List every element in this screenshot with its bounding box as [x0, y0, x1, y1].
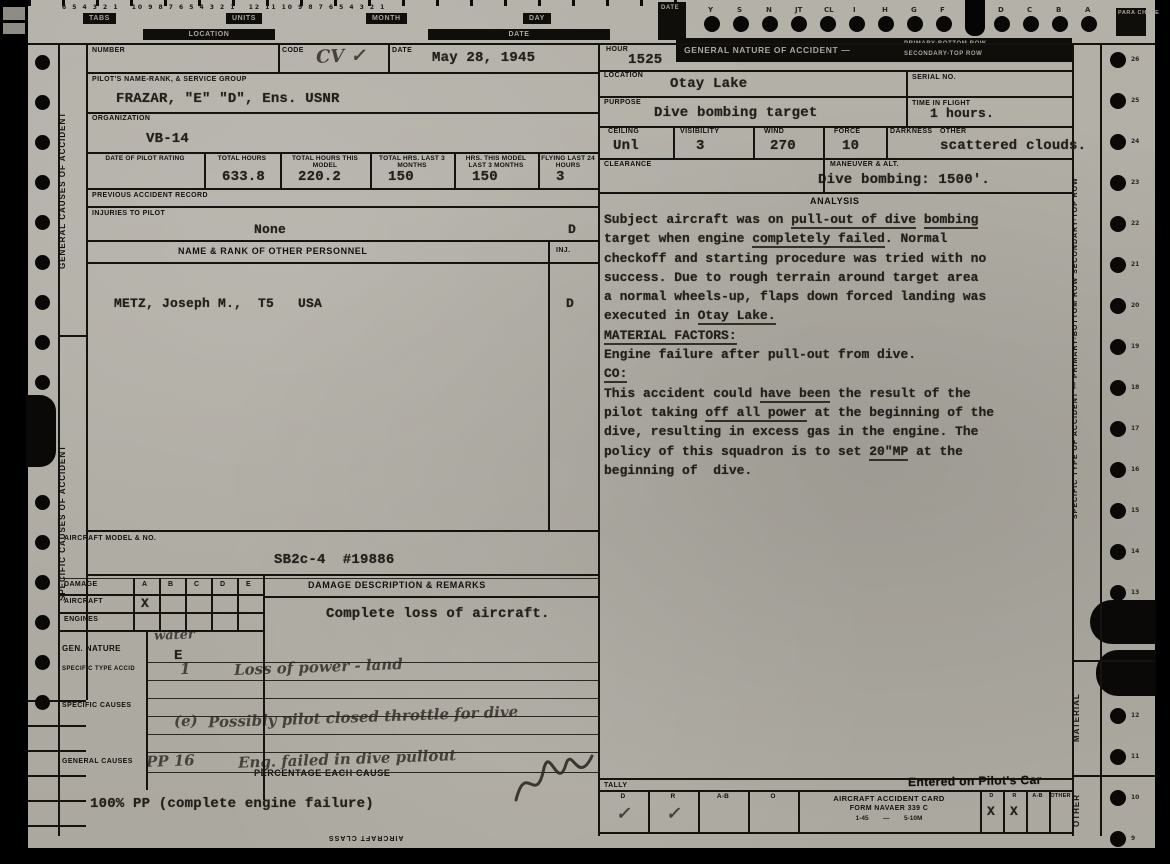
- parachute-label: PARA CHUTE: [1116, 8, 1146, 36]
- form-title: AIRCRAFT ACCIDENT CARD: [798, 794, 980, 803]
- punch-dot-number: 22: [1131, 220, 1139, 227]
- punch-dot-number: 9: [1131, 835, 1135, 842]
- film-edge-tab: [3, 7, 25, 20]
- damage-cell-value: X: [141, 596, 149, 611]
- rule-line: [886, 126, 888, 158]
- rule-line: [28, 725, 86, 727]
- punch-dot: [936, 16, 952, 32]
- secondary-note: SECONDARY-TOP ROW: [904, 51, 982, 57]
- analysis-text-segment: success. Due to rough terrain around tar…: [604, 270, 978, 285]
- rule-line: [185, 578, 187, 630]
- units-label: UNITS: [226, 13, 262, 24]
- form-id-box: AIRCRAFT ACCIDENT CARD FORM NAVAER 339 C…: [798, 790, 980, 832]
- time-in-flight-value: 1 hours.: [930, 106, 994, 121]
- punch-dot: [35, 95, 50, 110]
- rule-line: [598, 192, 1072, 194]
- punch-letter: S: [737, 6, 742, 14]
- rule-line: [60, 578, 598, 579]
- purpose-label: PURPOSE: [604, 99, 641, 106]
- month-label: MONTH: [366, 13, 407, 24]
- punch-dot: [1110, 52, 1126, 68]
- injuries-code: D: [568, 222, 576, 237]
- personnel-value: METZ, Joseph M., T5 USA: [114, 296, 322, 311]
- analysis-line: dive, resulting in excess gas in the eng…: [604, 422, 1066, 441]
- punch-dot: [1110, 93, 1126, 109]
- location-strip-label: LOCATION: [143, 29, 275, 40]
- analysis-underlined-phrase: off all power: [705, 405, 806, 422]
- punch-dot-number: 16: [1131, 466, 1139, 473]
- injuries-value: None: [254, 222, 286, 237]
- rule-line: [263, 596, 598, 598]
- punch-dot: [1110, 298, 1126, 314]
- rule-line: [86, 574, 598, 576]
- rule-line: [60, 630, 263, 632]
- code-value: CV ✓: [316, 45, 366, 68]
- analysis-text-segment: . Normal: [885, 231, 947, 246]
- rule-line: [753, 126, 755, 158]
- maneuver-value: Dive bombing: 1500'.: [818, 172, 990, 188]
- punch-dot: [1110, 421, 1126, 437]
- aircraft-model-value: SB2c-4 #19886: [274, 552, 394, 568]
- damage-row-label: AIRCRAFT: [64, 598, 103, 605]
- punch-dot: [907, 16, 923, 32]
- rule-line: [598, 96, 1072, 98]
- rule-line: [1072, 660, 1155, 662]
- punch-dot: [1110, 175, 1126, 191]
- location-label: LOCATION: [604, 72, 643, 79]
- analysis-line: CO:: [604, 364, 1066, 383]
- punch-dot: [1110, 790, 1126, 806]
- analysis-line: This accident could have been the result…: [604, 384, 1066, 403]
- rating-value: 3: [556, 169, 565, 185]
- tally-col-header: O: [748, 793, 798, 800]
- punch-letter: D: [998, 6, 1004, 14]
- general-nature-header: GENERAL NATURE OF ACCIDENT —: [684, 45, 850, 55]
- punch-letter: Y: [708, 6, 713, 14]
- rule-line: [146, 698, 598, 699]
- punch-dot: [35, 575, 50, 590]
- punch-dot: [35, 655, 50, 670]
- analysis-underlined-phrase: 20"MP: [869, 444, 908, 461]
- analysis-text-segment: at the beginning of the: [807, 405, 994, 420]
- punch-letter: N: [766, 6, 772, 14]
- weather-value: Unl: [613, 138, 639, 154]
- rule-line: [278, 43, 280, 72]
- analysis-text-segment: at the: [908, 444, 963, 459]
- punch-letter: JT: [795, 6, 802, 14]
- analysis-text-segment: This accident could: [604, 386, 760, 401]
- punch-letter: F: [940, 6, 945, 14]
- punch-dot-number: 24: [1131, 138, 1139, 145]
- punch-dot: [35, 335, 50, 350]
- analysis-line: a normal wheels-up, flaps down forced la…: [604, 287, 1066, 306]
- general-nature-box: GENERAL NATURE OF ACCIDENT — PRIMARY-BOT…: [676, 38, 1072, 62]
- specific-causes-num: (e): [174, 712, 198, 731]
- form-print-code: 1-45 — 5-10M: [798, 815, 980, 822]
- punch-dot: [1110, 503, 1126, 519]
- analysis-text-segment: policy of this squadron is to set: [604, 444, 869, 459]
- clearance-label: CLEARANCE: [604, 161, 652, 168]
- film-edge-tab: [3, 23, 25, 34]
- analysis-underlined-phrase: bombing: [924, 212, 979, 229]
- rating-value: 150: [388, 169, 414, 185]
- punch-dot-number: 21: [1131, 261, 1139, 268]
- analysis-line: Engine failure after pull-out from dive.: [604, 345, 1066, 364]
- date-corner-chip: DATE: [658, 2, 686, 40]
- specific-type-hand: Loss of power - land: [234, 655, 403, 679]
- punch-dot-number: 13: [1131, 589, 1139, 596]
- punch-dot: [1110, 134, 1126, 150]
- form-number: FORM NAVAER 339 C: [798, 805, 980, 812]
- entered-note: Entered on Pilot's Car: [908, 773, 1042, 789]
- rule-line: [598, 790, 1072, 792]
- analysis-text-segment: Engine failure after pull-out from dive.: [604, 347, 916, 362]
- punch-dot-number: 26: [1131, 56, 1139, 63]
- analysis-line: beginning of dive.: [604, 461, 1066, 480]
- general-causes-num: PP 16: [146, 751, 195, 771]
- rating-header: DATE OF PILOT RATING: [88, 155, 202, 162]
- material-edge-label: MATERIAL: [1072, 668, 1100, 768]
- rule-line: [146, 680, 598, 681]
- rule-line: [86, 240, 598, 242]
- punch-dot: [878, 16, 894, 32]
- rating-value: 220.2: [298, 169, 341, 185]
- rule-line: [146, 630, 148, 790]
- analysis-text-segment: beginning of dive.: [604, 463, 752, 478]
- rule-line: [598, 832, 1072, 834]
- rule-line: [211, 578, 213, 630]
- rule-line: [58, 43, 60, 836]
- date-strip-label: DATE: [428, 29, 610, 40]
- damage-desc-value: Complete loss of aircraft.: [326, 606, 550, 622]
- punch-dot: [1110, 257, 1126, 273]
- rule-line: [263, 574, 265, 800]
- punch-letter: I: [853, 6, 856, 14]
- code-label: CODE: [282, 47, 304, 54]
- accident-card-form: 6 5 4 3 2 1 10 9 8 7 6 5 4 3 2 1 12 11 1…: [28, 0, 1155, 848]
- tally-col-header: D: [598, 793, 648, 800]
- analysis-underlined-phrase: Otay Lake.: [698, 308, 776, 325]
- general-causes-label: GENERAL CAUSES: [62, 758, 133, 765]
- punch-dot: [820, 16, 836, 32]
- rule-line: [823, 126, 825, 192]
- punch-letter: G: [911, 6, 917, 14]
- punch-dot-number: 20: [1131, 302, 1139, 309]
- weather-header: CEILING: [608, 128, 639, 135]
- damage-row-label: ENGINES: [64, 616, 98, 623]
- weather-header: VISIBILITY: [680, 128, 719, 135]
- rule-line: [86, 530, 598, 532]
- rule-line: [673, 126, 675, 158]
- punch-dot-number: 15: [1131, 507, 1139, 514]
- tally-right-header: OTHER: [1049, 793, 1072, 800]
- punch-dot-number: 10: [1131, 794, 1139, 801]
- rule-line: [60, 594, 263, 596]
- punch-notch: [965, 0, 985, 36]
- punch-dot: [35, 215, 50, 230]
- weather-header: FORCE: [834, 128, 861, 135]
- rule-line: [28, 825, 86, 827]
- rating-header: HRS. THIS MODEL LAST 3 MONTHS: [456, 155, 536, 169]
- day-label: DAY: [523, 13, 551, 24]
- rating-header: FLYING LAST 24 HOURS: [540, 155, 596, 169]
- punch-letter: CL: [824, 6, 834, 14]
- rule-line: [159, 578, 161, 630]
- date-value: May 28, 1945: [432, 50, 535, 66]
- aircraft-model-label: AIRCRAFT MODEL & NO.: [64, 535, 156, 542]
- punch-dot: [35, 135, 50, 150]
- date-label: DATE: [392, 47, 412, 54]
- weather-header: DARKNESS: [890, 128, 932, 135]
- punch-dot: [1023, 16, 1039, 32]
- location-value: Otay Lake: [670, 76, 747, 92]
- punch-letter: B: [1056, 6, 1061, 14]
- rule-line: [598, 778, 1072, 780]
- rule-line: [146, 772, 598, 773]
- rule-line: [388, 43, 390, 72]
- rule-line: [146, 752, 598, 753]
- rule-line: [1100, 43, 1102, 836]
- tally-col-header: A-B: [698, 793, 748, 800]
- inj-header: INJ.: [556, 247, 570, 254]
- punched-hole: [26, 395, 56, 467]
- analysis-underlined-phrase: completely failed: [752, 231, 885, 248]
- punch-dot: [733, 16, 749, 32]
- rule-line: [60, 612, 263, 614]
- tally-right-header: D: [980, 793, 1003, 800]
- specific-causes-hand: Possibly pilot closed throttle for dive: [208, 703, 519, 732]
- tally-checkmark: ✓: [666, 804, 681, 824]
- analysis-line: MATERIAL FACTORS:: [604, 326, 1066, 345]
- rule-line: [598, 70, 1072, 72]
- analysis-text-segment: a normal wheels-up, flaps down forced la…: [604, 289, 986, 304]
- personnel-header: NAME & RANK OF OTHER PERSONNEL: [178, 246, 368, 256]
- punch-dot-number: 18: [1131, 384, 1139, 391]
- punch-dot-number: 12: [1131, 712, 1139, 719]
- damage-desc-header: DAMAGE DESCRIPTION & REMARKS: [308, 580, 486, 590]
- rule-line: [86, 112, 598, 114]
- rule-line: [86, 262, 598, 264]
- specific-type-label: SPECIFIC TYPE ACCID: [62, 666, 135, 672]
- punch-dot: [1110, 216, 1126, 232]
- rule-line: [146, 734, 598, 735]
- punch-dot: [35, 175, 50, 190]
- injuries-label: INJURIES TO PILOT: [92, 210, 165, 217]
- number-label: NUMBER: [92, 47, 125, 54]
- punch-dot: [1110, 831, 1126, 847]
- damage-col-header: A: [142, 581, 147, 588]
- rule-line: [28, 800, 86, 802]
- analysis-line: policy of this squadron is to set 20"MP …: [604, 442, 1066, 461]
- analysis-text: Subject aircraft was on pull-out of dive…: [604, 210, 1066, 480]
- analysis-text-segment: Subject aircraft was on: [604, 212, 791, 227]
- percentage-value: 100% PP (complete engine failure): [90, 796, 374, 812]
- personnel-inj: D: [566, 296, 574, 311]
- weather-header: WIND: [764, 128, 784, 135]
- analysis-text-segment: pilot taking: [604, 405, 705, 420]
- punch-dot-number: 19: [1131, 343, 1139, 350]
- analysis-text-segment: [916, 212, 924, 227]
- percentage-header: PERCENTAGE EACH CAUSE: [254, 768, 390, 778]
- weather-header: OTHER: [940, 128, 967, 135]
- previous-accident-label: PREVIOUS ACCIDENT RECORD: [92, 192, 208, 199]
- punch-dot: [762, 16, 778, 32]
- analysis-text-segment: the result of the: [830, 386, 970, 401]
- punch-dot: [35, 615, 50, 630]
- rating-value: 633.8: [222, 169, 265, 185]
- rule-line: [86, 152, 598, 154]
- damage-col-header: B: [168, 581, 173, 588]
- punch-dot: [849, 16, 865, 32]
- rule-line: [86, 206, 598, 208]
- tally-right-value: X: [1010, 804, 1018, 819]
- analysis-line: pilot taking off all power at the beginn…: [604, 403, 1066, 422]
- punch-dot: [35, 255, 50, 270]
- punch-dot-number: 23: [1131, 179, 1139, 186]
- punch-dot-number: 14: [1131, 548, 1139, 555]
- pilot-name-value: FRAZAR, "E" "D", Ens. USNR: [116, 91, 340, 107]
- rule-line: [28, 43, 1155, 45]
- analysis-text-segment: target when engine: [604, 231, 752, 246]
- rule-line: [146, 662, 598, 663]
- weather-value: 270: [770, 138, 796, 154]
- pilot-name-label: PILOT'S NAME-RANK, & SERVICE GROUP: [92, 76, 247, 83]
- punch-letter: H: [882, 6, 888, 14]
- rule-line: [1072, 775, 1155, 777]
- punch-dot: [35, 55, 50, 70]
- punch-letter: A: [1085, 6, 1090, 14]
- analysis-header: ANALYSIS: [810, 196, 859, 206]
- punch-dot: [1081, 16, 1097, 32]
- rule-line: [86, 72, 598, 74]
- rule-line: [28, 750, 86, 752]
- punch-dot: [35, 495, 50, 510]
- gen-nature-label: GEN. NATURE: [62, 644, 121, 653]
- tally-col-header: R: [648, 793, 698, 800]
- damage-col-header: E: [246, 581, 251, 588]
- rule-line: [58, 335, 86, 337]
- rule-line: [28, 775, 86, 777]
- aircraft-class-edge-label: AIRCRAFT CLASS: [328, 834, 403, 841]
- tally-right-header: A-B: [1026, 793, 1049, 800]
- rating-value: 150: [472, 169, 498, 185]
- analysis-underlined-phrase: pull-out of dive: [791, 212, 916, 229]
- punch-dot: [35, 295, 50, 310]
- damage-corner-label: DAMAGE: [64, 581, 98, 588]
- damage-col-header: D: [220, 581, 225, 588]
- analysis-line: executed in Otay Lake.: [604, 306, 1066, 325]
- punch-dot: [994, 16, 1010, 32]
- analysis-line: success. Due to rough terrain around tar…: [604, 268, 1066, 287]
- rating-header: TOTAL HRS. LAST 3 MONTHS: [372, 155, 452, 169]
- rating-header: TOTAL HOURS: [206, 155, 278, 162]
- tally-right-value: X: [987, 804, 995, 819]
- punch-dot: [791, 16, 807, 32]
- punch-dot: [35, 695, 50, 710]
- ruler-digits: 6 5 4 3 2 1 10 9 8 7 6 5 4 3 2 1 12 11 1…: [62, 4, 386, 11]
- punch-dot: [35, 535, 50, 550]
- punch-dot: [1052, 16, 1068, 32]
- punch-dot-number: 17: [1131, 425, 1139, 432]
- rule-line: [86, 188, 598, 190]
- punch-dot: [704, 16, 720, 32]
- organization-label: ORGANIZATION: [92, 115, 150, 122]
- tally-right-header: R: [1003, 793, 1026, 800]
- general-causes-edge-label: GENERAL CAUSES OF ACCIDENT: [58, 45, 86, 335]
- other-edge-label: OTHER: [1072, 780, 1100, 842]
- rule-line: [598, 43, 600, 836]
- punch-dot-number: 11: [1131, 753, 1139, 760]
- specific-causes-label: SPECIFIC CAUSES: [62, 702, 131, 709]
- analysis-text-segment: executed in: [604, 308, 698, 323]
- punch-dot: [1110, 380, 1126, 396]
- analysis-text-segment: dive, resulting in excess gas in the eng…: [604, 424, 978, 439]
- analysis-underlined-phrase: MATERIAL FACTORS:: [604, 328, 737, 345]
- punch-dot-number: 25: [1131, 97, 1139, 104]
- rule-line: [1072, 43, 1074, 836]
- damage-col-header: C: [194, 581, 199, 588]
- hour-label: HOUR: [606, 46, 628, 53]
- weather-value: scattered clouds.: [940, 138, 1086, 154]
- punch-dot: [1110, 749, 1126, 765]
- analysis-underlined-phrase: CO:: [604, 366, 627, 383]
- organization-value: VB-14: [146, 131, 189, 147]
- punch-dot: [1110, 339, 1126, 355]
- rule-line: [548, 240, 550, 530]
- analysis-underlined-phrase: have been: [760, 386, 830, 403]
- rule-line: [798, 790, 800, 832]
- analysis-line: target when engine completely failed. No…: [604, 229, 1066, 248]
- rule-line: [133, 578, 135, 630]
- tabs-label: TABS: [83, 13, 116, 24]
- weather-value: 3: [696, 138, 705, 154]
- serial-label: SERIAL NO.: [912, 74, 956, 81]
- rule-line: [146, 716, 598, 717]
- rating-header: TOTAL HOURS THIS MODEL: [282, 155, 368, 169]
- analysis-line: checkoff and starting procedure was trie…: [604, 249, 1066, 268]
- punch-dot: [1110, 585, 1126, 601]
- purpose-value: Dive bombing target: [654, 105, 817, 121]
- tally-checkmark: ✓: [616, 804, 631, 824]
- punch-dot: [1110, 544, 1126, 560]
- punch-dot: [1110, 708, 1126, 724]
- rule-line: [237, 578, 239, 630]
- weather-value: 10: [842, 138, 859, 154]
- analysis-text-segment: checkoff and starting procedure was trie…: [604, 251, 986, 266]
- punch-dot: [35, 375, 50, 390]
- analysis-line: Subject aircraft was on pull-out of dive…: [604, 210, 1066, 229]
- rule-line: [906, 70, 908, 126]
- punch-letter: C: [1027, 6, 1032, 14]
- rule-line: [598, 158, 1072, 160]
- punched-hole: [1096, 650, 1156, 696]
- scanned-accident-card: 6 5 4 3 2 1 10 9 8 7 6 5 4 3 2 1 12 11 1…: [0, 0, 1170, 864]
- hour-value: 1525: [628, 52, 662, 68]
- tally-label: TALLY: [604, 782, 627, 789]
- punch-dot: [1110, 462, 1126, 478]
- maneuver-label: MANEUVER & ALT.: [830, 161, 899, 168]
